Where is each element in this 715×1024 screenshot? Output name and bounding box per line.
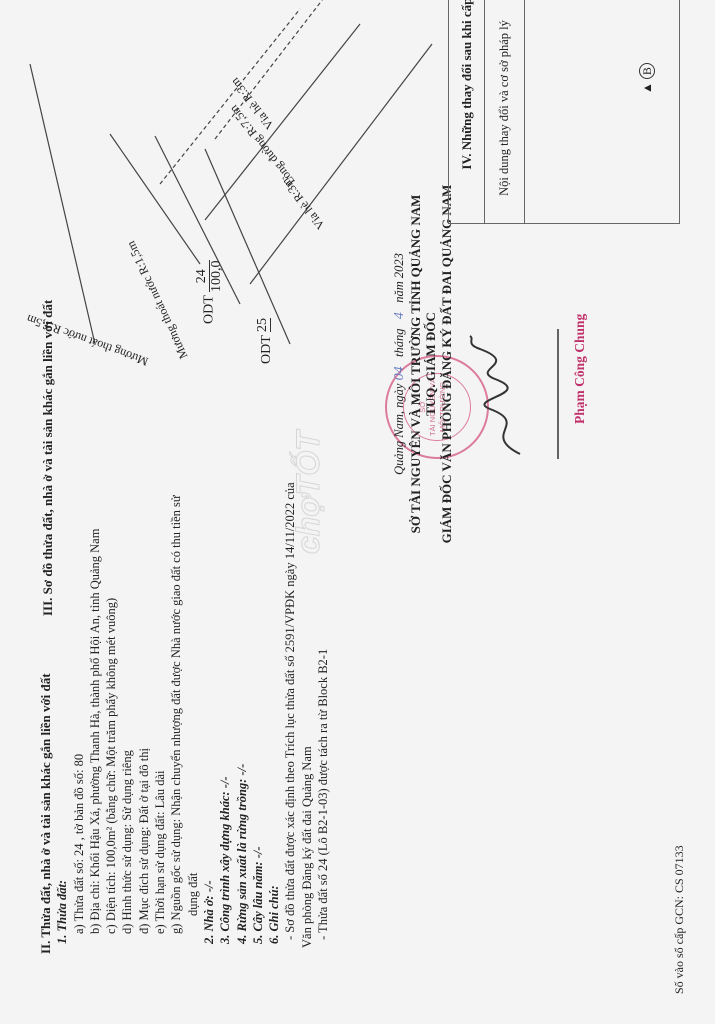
section4-heading: IV. Những thay đổi sau khi cấp Giấy chứn… (449, 0, 485, 223)
parcel-label: ODT 24 100,0 (195, 260, 224, 324)
neighbor-parcel-label: ODT 25 (255, 318, 275, 364)
col-change-content: Nội dung thay đổi và cơ sở pháp lý (484, 0, 525, 223)
certificate-page: II. Thửa đất, nhà ở và tài sản khác gắn … (0, 0, 715, 1024)
changes-table: IV. Những thay đổi sau khi cấp Giấy chứn… (448, 0, 680, 224)
